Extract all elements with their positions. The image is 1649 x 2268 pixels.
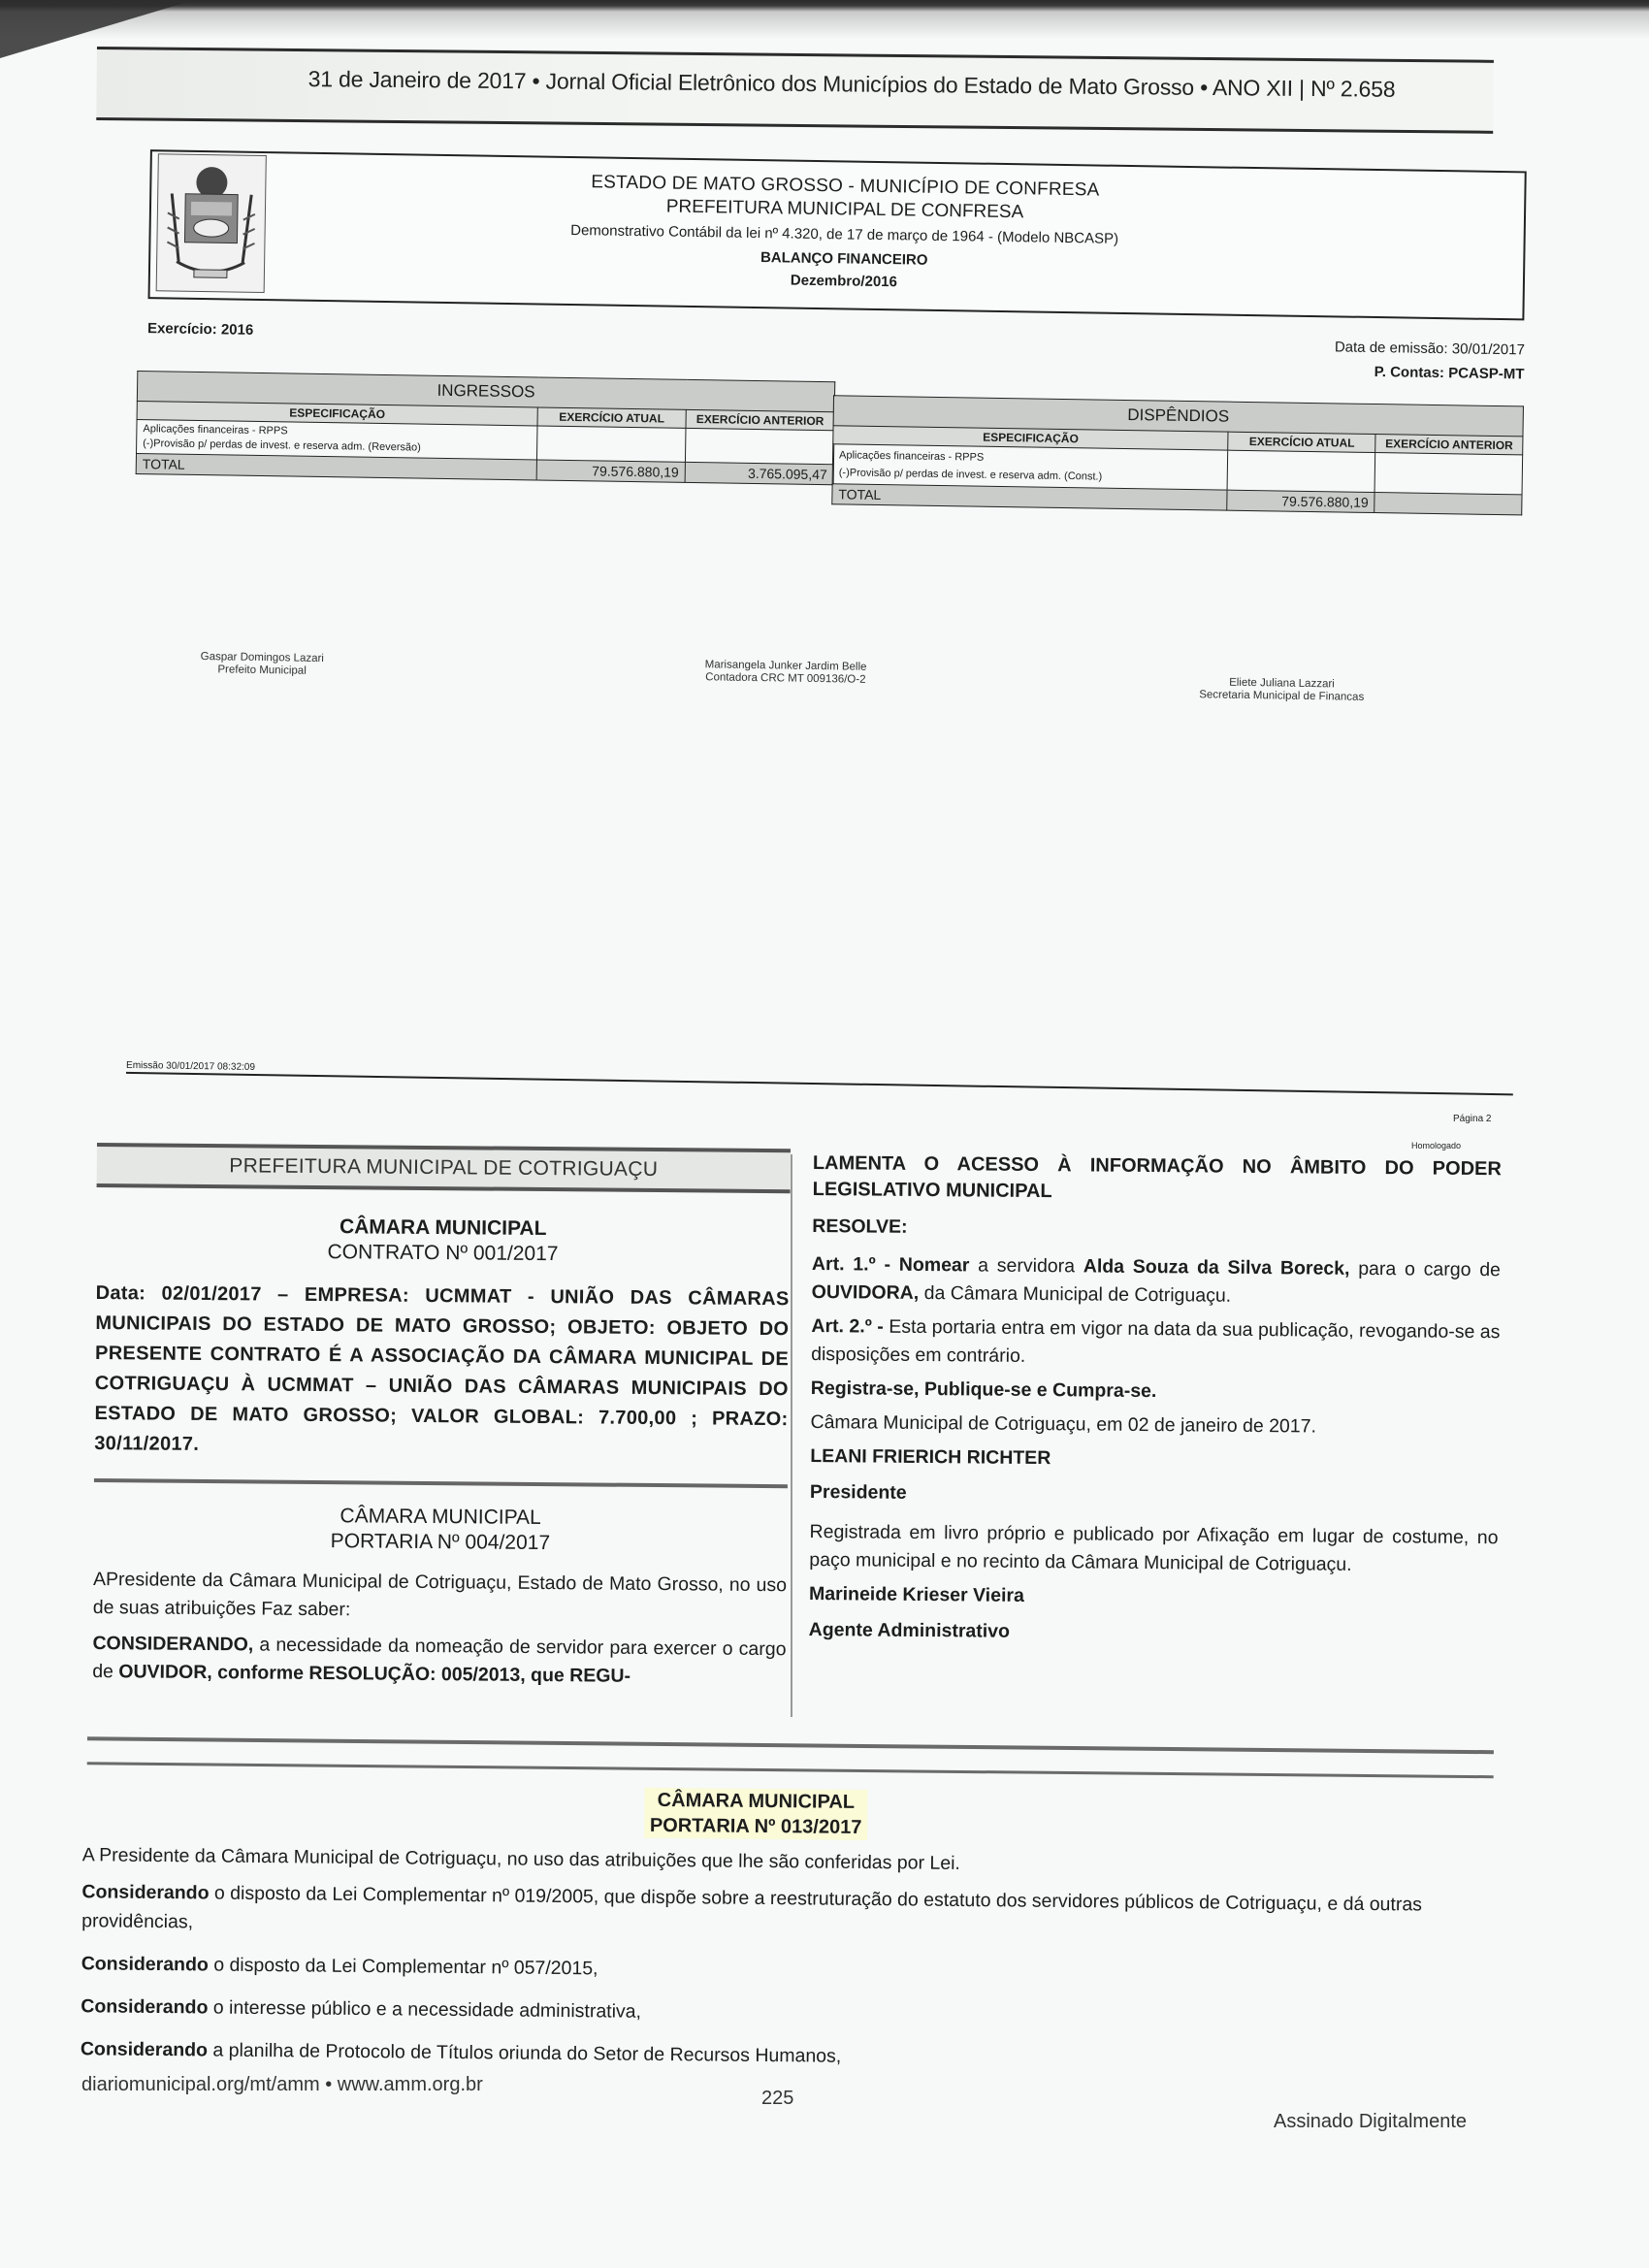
portaria004-intro: APresidente da Câmara Municipal de Cotri… xyxy=(93,1566,787,1628)
agent-role: Agente Administrativo xyxy=(809,1616,1498,1650)
art2-text: Esta portaria entra em vigor na data da … xyxy=(811,1316,1500,1367)
considerando-item: Considerando o disposto da Lei Complemen… xyxy=(81,1949,1550,1993)
art2: Art. 2.º - Esta portaria entra em vigor … xyxy=(811,1312,1500,1375)
emissao-timestamp: Emissão 30/01/2017 08:32:09 xyxy=(126,1060,255,1073)
signer-role: Presidente xyxy=(810,1478,1499,1512)
total-anterior: 3.765.095,47 xyxy=(685,462,833,484)
continuation-heading: LAMENTA O ACESSO À INFORMAÇÃO NO ÂMBITO … xyxy=(813,1150,1502,1209)
considerando-text: o disposto da Lei Complementar nº 019/20… xyxy=(81,1883,1422,1933)
considerando-text: a planilha de Protocolo de Títulos oriun… xyxy=(208,2039,841,2066)
scan-edge xyxy=(0,0,1649,39)
signature-prefeito: Gaspar Domingos Lazari Prefeito Municipa… xyxy=(200,651,324,678)
portaria004-considerando: CONSIDERANDO, a necessidade da nomeação … xyxy=(92,1630,786,1692)
homologado-label: Homologado xyxy=(1411,1141,1461,1150)
emissao-footer: Emissão 30/01/2017 08:32:09 xyxy=(126,1072,1513,1106)
column-separator xyxy=(791,1154,792,1717)
col-exercicio-anterior: EXERCÍCIO ANTERIOR xyxy=(686,409,834,430)
data-emissao: Data de emissão: 30/01/2017 xyxy=(1335,339,1525,358)
footer-sites: diariomunicipal.org/mt/amm • www.amm.org… xyxy=(81,2074,483,2096)
considerando-item: Considerando o interesse público e a nec… xyxy=(81,1992,1549,2035)
page-indicator: Página 2 xyxy=(1453,1114,1491,1124)
portaria013-intro: A Presidente da Câmara Municipal de Cotr… xyxy=(82,1840,1551,1884)
portaria004-heading: CÂMARA MUNICIPAL PORTARIA Nº 004/2017 xyxy=(93,1502,787,1558)
art1-label: Art. 1.º - Nomear xyxy=(812,1253,970,1276)
local-data: Câmara Municipal de Cotriguaçu, em 02 de… xyxy=(810,1409,1499,1442)
agent-name: Marineide Krieser Vieira xyxy=(809,1580,1498,1614)
considerando-text: o disposto da Lei Complementar nº 057/20… xyxy=(209,1954,598,1979)
left-column: PREFEITURA MUNICIPAL DE COTRIGUAÇU CÂMAR… xyxy=(92,1143,791,1692)
ingressos-table: INGRESSOS ESPECIFICAÇÃO EXERCÍCIO ATUAL … xyxy=(136,371,836,485)
servidora-name: Alda Souza da Silva Boreck, xyxy=(1083,1255,1350,1279)
dispendios-table: DISPÊNDIOS ESPECIFICAÇÃO EXERCÍCIO ATUAL… xyxy=(831,395,1524,515)
emissao-info: Data de emissão: 30/01/2017 P. Contas: P… xyxy=(1334,339,1525,382)
considerando-label: CONSIDERANDO, xyxy=(92,1633,253,1655)
portaria013-number: PORTARIA Nº 013/2017 xyxy=(650,1813,862,1840)
signature-role: Contadora CRC MT 009136/O-2 xyxy=(704,671,866,687)
considerando-label: Considerando xyxy=(81,1953,209,1975)
signature-role: Secretaria Municipal de Financas xyxy=(1199,689,1364,704)
contrato-body: Data: 02/01/2017 – EMPRESA: UCMMAT - UNI… xyxy=(94,1279,790,1465)
col-exercicio-atual: EXERCÍCIO ATUAL xyxy=(1228,432,1375,452)
considerando-item: Considerando a planilha de Protocolo de … xyxy=(81,2034,1549,2078)
footer-page-number: 225 xyxy=(761,2088,793,2110)
section-header-cotriguacu: PREFEITURA MUNICIPAL DE COTRIGUAÇU xyxy=(97,1143,791,1193)
portaria013-heading: CÂMARA MUNICIPAL PORTARIA Nº 013/2017 xyxy=(644,1788,868,1840)
divider xyxy=(87,1762,1494,1778)
considerando-label: Considerando xyxy=(81,1881,209,1903)
registra-line: Registra-se, Publique-se e Cumpra-se. xyxy=(811,1375,1500,1409)
journal-header: 31 de Janeiro de 2017 • Jornal Oficial E… xyxy=(96,47,1494,138)
signature-role: Prefeito Municipal xyxy=(200,664,323,678)
art1: Art. 1.º - Nomear a servidora Alda Souza… xyxy=(812,1250,1501,1312)
ouvidor-resolucao: OUVIDOR, conforme RESOLUÇÃO: 005/2013, q… xyxy=(118,1661,630,1687)
coat-of-arms-icon xyxy=(156,153,267,293)
registrada-text: Registrada em livro próprio e publicado … xyxy=(809,1518,1498,1580)
col-exercicio-anterior: EXERCÍCIO ANTERIOR xyxy=(1375,435,1523,455)
exercicio-label: Exercício: 2016 xyxy=(147,320,254,339)
signature-secretaria: Eliete Juliana Lazzari Secretaria Munici… xyxy=(1199,676,1364,704)
cargo-ouvidora: OUVIDORA, xyxy=(812,1281,920,1304)
art1-text: a servidora xyxy=(969,1254,1083,1277)
portaria013-section: CÂMARA MUNICIPAL PORTARIA Nº 013/2017 A … xyxy=(55,1736,1552,2078)
considerando-item: Considerando o disposto da Lei Complemen… xyxy=(81,1877,1489,1949)
considerando-label: Considerando xyxy=(81,2038,208,2060)
portaria013-title: CÂMARA MUNICIPAL xyxy=(650,1788,862,1815)
balanco-financeiro-report: ESTADO DE MATO GROSSO - MUNICÍPIO DE CON… xyxy=(126,146,1528,1108)
art1-text: para o cargo de xyxy=(1349,1258,1501,1280)
signature-contadora: Marisangela Junker Jardim Belle Contador… xyxy=(704,659,866,687)
contrato-heading: CÂMARA MUNICIPAL CONTRATO Nº 001/2017 xyxy=(96,1213,790,1269)
considerando-text: o interesse público e a necessidade admi… xyxy=(208,1996,641,2022)
total-atual: 79.576.880,19 xyxy=(536,460,685,482)
total-atual: 79.576.880,19 xyxy=(1227,490,1374,512)
footer-signed: Assinado Digitalmente xyxy=(1274,2111,1467,2133)
divider xyxy=(87,1736,1494,1754)
considerando-label: Considerando xyxy=(81,1995,208,2018)
plano-contas: P. Contas: PCASP-MT xyxy=(1334,363,1524,382)
divider xyxy=(94,1478,788,1488)
total-anterior xyxy=(1374,493,1522,515)
col-exercicio-atual: EXERCÍCIO ATUAL xyxy=(537,407,686,428)
report-title-box: ESTADO DE MATO GROSSO - MUNICÍPIO DE CON… xyxy=(148,149,1527,320)
art1-text: da Câmara Municipal de Cotriguaçu. xyxy=(919,1282,1231,1307)
art2-label: Art. 2.º - xyxy=(811,1315,884,1338)
right-column: LAMENTA O ACESSO À INFORMAÇÃO NO ÂMBITO … xyxy=(809,1150,1502,1650)
signer-name: LEANI FRIERICH RICHTER xyxy=(810,1442,1499,1476)
